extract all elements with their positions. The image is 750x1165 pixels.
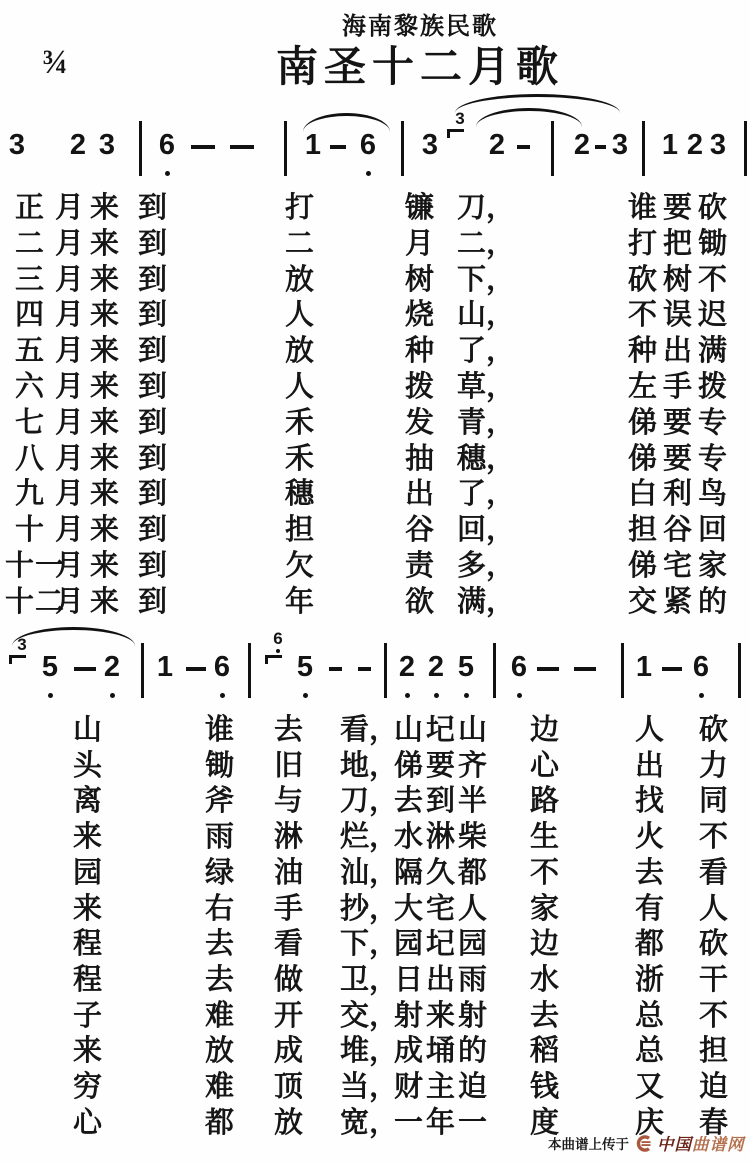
lyric-cell: 烧: [405, 299, 434, 331]
grace-bracket-icon: [9, 655, 26, 664]
lyric-cell: 俤要齐: [394, 750, 490, 782]
lyric-cell: 山，: [457, 299, 515, 331]
lyric-cell: 人: [285, 299, 314, 331]
lyric-cell: 隔久都: [394, 857, 490, 889]
lyric-cell: 成埇的: [394, 1035, 490, 1067]
lyric-cell: 镰: [405, 192, 434, 224]
lyric-cell: 看: [699, 857, 728, 889]
upload-text: 本曲谱上传于: [548, 1133, 629, 1153]
octave-dot: [165, 171, 170, 176]
lyric-row: 十二月来到年欲满，交紧的: [0, 586, 750, 620]
octave-dot: [48, 693, 53, 698]
lyric-cell: 满，: [457, 586, 515, 618]
note-1: 1: [659, 130, 681, 160]
lyric-row: 子难开交，射来射去总不: [0, 1000, 750, 1034]
lyric-cell: 稻: [530, 1035, 559, 1067]
lyric-cell: 汕，: [340, 857, 398, 889]
lyric-cell: 月: [55, 299, 84, 331]
lyric-cell: 离: [73, 785, 102, 817]
lyric-cell: 种: [405, 335, 434, 367]
lyric-cell: 到: [138, 264, 167, 296]
lyric-cell: 到: [138, 228, 167, 260]
lyric-cell: 来: [90, 371, 119, 403]
lyric-cell: 钱: [530, 1071, 559, 1103]
music-line-1: 32361633223123: [0, 100, 750, 196]
note-5: 5: [39, 652, 61, 682]
lyric-cell: 不: [699, 821, 728, 853]
lyric-cell: 去: [205, 928, 234, 960]
lyric-cell: 都: [635, 928, 664, 960]
barline: [493, 643, 496, 698]
lyric-cell: 来: [73, 893, 102, 925]
lyric-cell: 到: [138, 443, 167, 475]
note-5: 5: [455, 652, 477, 682]
octave-dot: [699, 693, 704, 698]
note-2: 2: [486, 130, 508, 160]
lyric-cell: 看: [274, 928, 303, 960]
octave-dot: [405, 693, 410, 698]
lyric-cell: 手: [274, 893, 303, 925]
lyric-cell: 二: [285, 228, 314, 260]
lyric-cell: 边: [530, 714, 559, 746]
lyric-cell: 月: [55, 228, 84, 260]
octave-dot: [303, 693, 308, 698]
lyric-cell: 来: [90, 228, 119, 260]
octave-dot: [110, 693, 115, 698]
lyric-cell: 不: [699, 1000, 728, 1032]
lyric-cell: 谁要砍: [628, 192, 733, 224]
note-2: 2: [571, 130, 593, 160]
lyric-cell: 心: [73, 1107, 102, 1139]
barline: [248, 643, 251, 698]
lyric-cell: 山圮山: [394, 714, 490, 746]
duration-dash: [537, 667, 559, 671]
lyric-cell: 交，: [340, 1000, 398, 1032]
lyric-cell: 火: [635, 821, 664, 853]
note-1: 1: [154, 652, 176, 682]
lyric-row: 来放成堆，成埇的稻总担: [0, 1035, 750, 1069]
note-2: 2: [101, 652, 123, 682]
lyric-cell: 旧: [274, 750, 303, 782]
lyric-cell: 出: [405, 478, 434, 510]
lyric-cell: 左手拨: [628, 371, 733, 403]
lyric-cell: 浙: [635, 964, 664, 996]
lyric-cell: 年: [285, 586, 314, 618]
lyric-row: 程去做卫，日出雨水浙干: [0, 964, 750, 998]
lyric-cell: 俤要专: [628, 443, 733, 475]
note-3: 3: [609, 130, 631, 160]
grace-note-number: 6: [273, 630, 282, 647]
duration-dash: [574, 667, 596, 671]
lyric-cell: 出: [635, 750, 664, 782]
site-name-dark[interactable]: 中国: [657, 1136, 692, 1154]
lyric-cell: 抽: [405, 443, 434, 475]
lyric-cell: 来: [73, 821, 102, 853]
octave-dot: [434, 693, 439, 698]
watermark: 本曲谱上传于 中国曲谱网: [548, 1131, 745, 1155]
lyric-cell: 俤要专: [628, 407, 733, 439]
lyric-cell: 当，: [340, 1071, 398, 1103]
lyric-cell: 顶: [274, 1071, 303, 1103]
note-3: 3: [96, 130, 118, 160]
lyric-row: 二月来到二月二，打把锄: [0, 228, 750, 262]
lyric-cell: 到: [138, 335, 167, 367]
lyric-row: 十月来到担谷回，担谷回: [0, 514, 750, 548]
lyric-cell: 干: [699, 964, 728, 996]
barline: [401, 121, 404, 176]
lyric-cell: 来: [90, 586, 119, 618]
octave-dot: [220, 693, 225, 698]
note-2: 2: [396, 652, 418, 682]
note-6: 6: [211, 652, 233, 682]
octave-dot: [464, 693, 469, 698]
lyric-cell: 九: [15, 478, 44, 510]
lyric-cell: 青，: [457, 407, 515, 439]
lyric-cell: 园: [73, 857, 102, 889]
barline: [621, 643, 624, 698]
lyric-cell: 刀，: [457, 192, 515, 224]
duration-dash: [330, 145, 346, 149]
duration-dash: [230, 145, 254, 149]
lyric-cell: 水: [530, 964, 559, 996]
note-6: 6: [156, 130, 178, 160]
lyric-cell: 担: [699, 1035, 728, 1067]
lyric-cell: 来: [90, 335, 119, 367]
lyric-cell: 砍: [699, 928, 728, 960]
lyric-cell: 人: [285, 371, 314, 403]
lyric-row: 程去看下，园圮园边都砍: [0, 928, 750, 962]
lyric-cell: 到: [138, 299, 167, 331]
lyric-cell: 打把锄: [628, 228, 733, 260]
lyric-cell: 月: [55, 264, 84, 296]
lyric-row: 山谁去看，山圮山边人砍: [0, 714, 750, 748]
lyric-cell: 六: [15, 371, 44, 403]
barline: [738, 643, 741, 698]
lyric-cell: 拨: [405, 371, 434, 403]
lyric-row: 三月来到放树下，砍树不: [0, 264, 750, 298]
barline: [384, 643, 387, 698]
lyric-cell: 难: [205, 1071, 234, 1103]
duration-dash: [186, 667, 206, 671]
lyric-cell: 砍树不: [628, 264, 733, 296]
lyric-cell: 与: [274, 785, 303, 817]
lyric-cell: 心: [530, 750, 559, 782]
lyric-cell: 子: [73, 1000, 102, 1032]
lyric-cell: 刀，: [340, 785, 398, 817]
lyric-cell: 种出满: [628, 335, 733, 367]
duration-dash: [595, 145, 606, 149]
lyric-cell: 总: [635, 1000, 664, 1032]
lyric-cell: 一年一: [394, 1107, 490, 1139]
lyric-cell: 担谷回: [628, 514, 733, 546]
lyric-cell: 去: [274, 714, 303, 746]
lyric-cell: 月: [55, 514, 84, 546]
lyric-cell: 砍: [699, 714, 728, 746]
lyric-cell: 来: [90, 514, 119, 546]
lyric-cell: 成: [274, 1035, 303, 1067]
lyric-cell: 到: [138, 407, 167, 439]
grace-note-3: 3: [449, 110, 471, 138]
lyric-cell: 大宅人: [394, 893, 490, 925]
lyric-cell: 来: [90, 192, 119, 224]
lyric-row: 离斧与刀，去到半路找同: [0, 785, 750, 819]
lyric-cell: 三: [15, 264, 44, 296]
note-2: 2: [425, 652, 447, 682]
lyric-cell: 到: [138, 192, 167, 224]
lyric-cell: 射来射: [394, 1000, 490, 1032]
lyric-cell: 穷: [73, 1071, 102, 1103]
barline: [744, 121, 747, 176]
lyric-cell: 月: [405, 228, 434, 260]
note-3: 3: [6, 130, 28, 160]
lyric-cell: 正: [15, 192, 44, 224]
song-title: 南圣十二月歌: [0, 34, 750, 94]
score-page: 海南黎族民歌 南圣十二月歌 ¾ 32361633223123 正月来到打镰刀，谁…: [0, 0, 750, 1165]
lyric-cell: 白利鸟: [628, 478, 733, 510]
lyric-cell: 担: [285, 514, 314, 546]
lyric-cell: 树: [405, 264, 434, 296]
lyric-cell: 来: [90, 443, 119, 475]
lyric-cell: 打: [285, 192, 314, 224]
time-signature: ¾: [42, 44, 68, 82]
lyric-cell: 月: [55, 550, 84, 582]
octave-dot: [366, 171, 371, 176]
lyric-cell: 迫: [699, 1071, 728, 1103]
lyric-cell: 谷: [405, 514, 434, 546]
lyric-cell: 来: [90, 550, 119, 582]
lyric-cell: 多，: [457, 550, 515, 582]
lyric-cell: 欲: [405, 586, 434, 618]
lyric-cell: 抄，: [340, 893, 398, 925]
lyric-cell: 边: [530, 928, 559, 960]
octave-dot: [276, 649, 280, 653]
lyric-row: 来右手抄，大宅人家有人: [0, 893, 750, 927]
barline: [642, 121, 645, 176]
lyric-cell: 五: [15, 335, 44, 367]
lyric-cell: 卫，: [340, 964, 398, 996]
lyric-cell: 草，: [457, 371, 515, 403]
lyric-cell: 交紧的: [628, 586, 733, 618]
lyric-cell: 斧: [205, 785, 234, 817]
lyric-cell: 财主迫: [394, 1071, 490, 1103]
lyric-cell: 同: [699, 785, 728, 817]
lyric-row: 七月来到禾发青，俤要专: [0, 407, 750, 441]
lyric-cell: 来: [90, 478, 119, 510]
lyric-cell: 开: [274, 1000, 303, 1032]
lyric-cell: 人: [699, 893, 728, 925]
lyric-cell: 总: [635, 1035, 664, 1067]
note-6: 6: [357, 130, 379, 160]
lyric-cell: 欠: [285, 550, 314, 582]
note-2: 2: [684, 130, 706, 160]
barline: [141, 643, 144, 698]
lyric-row: 九月来到穗出了，白利鸟: [0, 478, 750, 512]
lyric-cell: 月: [55, 443, 84, 475]
duration-dash: [74, 667, 96, 671]
lyric-cell: 来: [90, 299, 119, 331]
lyric-cell: 下，: [340, 928, 398, 960]
grace-note-number: 3: [17, 636, 26, 653]
note-5: 5: [294, 652, 316, 682]
note-2: 2: [67, 130, 89, 160]
grace-note-3: 3: [11, 636, 33, 664]
lyric-cell: 水淋柴: [394, 821, 490, 853]
lyric-cell: 到: [138, 371, 167, 403]
lyric-cell: 到: [138, 478, 167, 510]
lyric-cell: 堆，: [340, 1035, 398, 1067]
lyric-cell: 责: [405, 550, 434, 582]
lyric-cell: 锄: [205, 750, 234, 782]
lyric-cell: 找: [635, 785, 664, 817]
note-1: 1: [633, 652, 655, 682]
lyric-cell: 月: [55, 478, 84, 510]
lyric-cell: 月: [55, 586, 84, 618]
lyric-cell: 十: [15, 514, 44, 546]
lyric-cell: 八: [15, 443, 44, 475]
lyric-cell: 雨: [205, 821, 234, 853]
duration-dash: [517, 145, 530, 149]
site-logo-icon: [634, 1135, 652, 1152]
lyric-cell: 来: [90, 407, 119, 439]
note-6: 6: [690, 652, 712, 682]
lyric-cell: 月: [55, 192, 84, 224]
lyric-row: 四月来到人烧山，不误迟: [0, 299, 750, 333]
lyric-cell: 四: [15, 299, 44, 331]
lyric-cell: 月: [55, 335, 84, 367]
grace-bracket-icon: [265, 655, 282, 664]
lyric-cell: 程: [73, 964, 102, 996]
lyric-cell: 去: [530, 1000, 559, 1032]
lyric-cell: 禾: [285, 443, 314, 475]
lyric-cell: 去: [205, 964, 234, 996]
lyric-row: 六月来到人拨草，左手拨: [0, 371, 750, 405]
lyric-cell: 做: [274, 964, 303, 996]
lyric-cell: 放: [205, 1035, 234, 1067]
lyric-cell: 禾: [285, 407, 314, 439]
lyric-cell: 右: [205, 893, 234, 925]
duration-dash: [329, 667, 342, 671]
lyric-cell: 二: [15, 228, 44, 260]
lyric-cell: 绿: [205, 857, 234, 889]
lyric-cell: 谁: [205, 714, 234, 746]
lyric-cell: 山: [73, 714, 102, 746]
lyric-cell: 不: [530, 857, 559, 889]
lyric-cell: 来: [90, 264, 119, 296]
lyric-cell: 头: [73, 750, 102, 782]
lyric-cell: 月: [55, 407, 84, 439]
grace-note-6: 6: [267, 630, 289, 664]
lyric-cell: 看，: [340, 714, 398, 746]
lyric-cell: 油: [274, 857, 303, 889]
lyric-cell: 不误迟: [628, 299, 733, 331]
site-name[interactable]: 中国曲谱网: [657, 1131, 745, 1155]
lyric-cell: 宽，: [340, 1107, 398, 1139]
lyric-cell: 去到半: [394, 785, 490, 817]
lyric-cell: 家: [530, 893, 559, 925]
lyric-cell: 下，: [457, 264, 515, 296]
lyric-cell: 到: [138, 514, 167, 546]
note-1: 1: [302, 130, 324, 160]
lyric-cell: 二，: [457, 228, 515, 260]
lyric-cell: 到: [138, 586, 167, 618]
lyric-cell: 来: [73, 1035, 102, 1067]
lyric-cell: 俤宅家: [628, 550, 733, 582]
lyric-cell: 人: [635, 714, 664, 746]
lyric-row: 头锄旧地，俤要齐心出力: [0, 750, 750, 784]
lyric-cell: 穗: [285, 478, 314, 510]
site-name-light[interactable]: 曲谱网: [692, 1136, 745, 1154]
duration-dash: [358, 667, 371, 671]
note-3: 3: [419, 130, 441, 160]
lyric-cell: 回，: [457, 514, 515, 546]
lyric-cell: 地，: [340, 750, 398, 782]
lyric-cell: 烂，: [340, 821, 398, 853]
lyric-cell: 发: [405, 407, 434, 439]
lyric-cell: 路: [530, 785, 559, 817]
lyric-cell: 了，: [457, 478, 515, 510]
lyric-row: 五月来到放种了，种出满: [0, 335, 750, 369]
lyric-cell: 去: [635, 857, 664, 889]
lyric-row: 来雨淋烂，水淋柴生火不: [0, 821, 750, 855]
lyric-cell: 程: [73, 928, 102, 960]
lyric-cell: 力: [699, 750, 728, 782]
barline: [551, 121, 554, 176]
lyric-cell: 放: [285, 335, 314, 367]
grace-bracket-icon: [447, 129, 464, 138]
lyric-cell: 到: [138, 550, 167, 582]
duration-dash: [662, 667, 682, 671]
barline: [139, 121, 142, 176]
lyric-cell: 难: [205, 1000, 234, 1032]
lyric-cell: 有: [635, 893, 664, 925]
duration-dash: [191, 145, 215, 149]
lyric-cell: 月: [55, 371, 84, 403]
lyric-cell: 了，: [457, 335, 515, 367]
note-3: 3: [707, 130, 729, 160]
lyric-cell: 生: [530, 821, 559, 853]
note-6: 6: [508, 652, 530, 682]
lyric-row: 十一月来到欠责多，俤宅家: [0, 550, 750, 584]
lyric-cell: 都: [205, 1107, 234, 1139]
lyric-row: 穷难顶当，财主迫钱又迫: [0, 1071, 750, 1105]
octave-dot: [517, 693, 522, 698]
lyric-cell: 园圮园: [394, 928, 490, 960]
lyric-row: 正月来到打镰刀，谁要砍: [0, 192, 750, 226]
lyric-cell: 放: [274, 1107, 303, 1139]
music-line-2: 3521665225616: [0, 622, 750, 718]
lyric-cell: 淋: [274, 821, 303, 853]
lyric-cell: 穗，: [457, 443, 515, 475]
lyric-cell: 七: [15, 407, 44, 439]
lyric-cell: 日出雨: [394, 964, 490, 996]
lyric-row: 园绿油汕，隔久都不去看: [0, 857, 750, 891]
lyric-cell: 又: [635, 1071, 664, 1103]
barline: [284, 121, 287, 176]
lyric-cell: 放: [285, 264, 314, 296]
lyric-row: 八月来到禾抽穗，俤要专: [0, 443, 750, 477]
